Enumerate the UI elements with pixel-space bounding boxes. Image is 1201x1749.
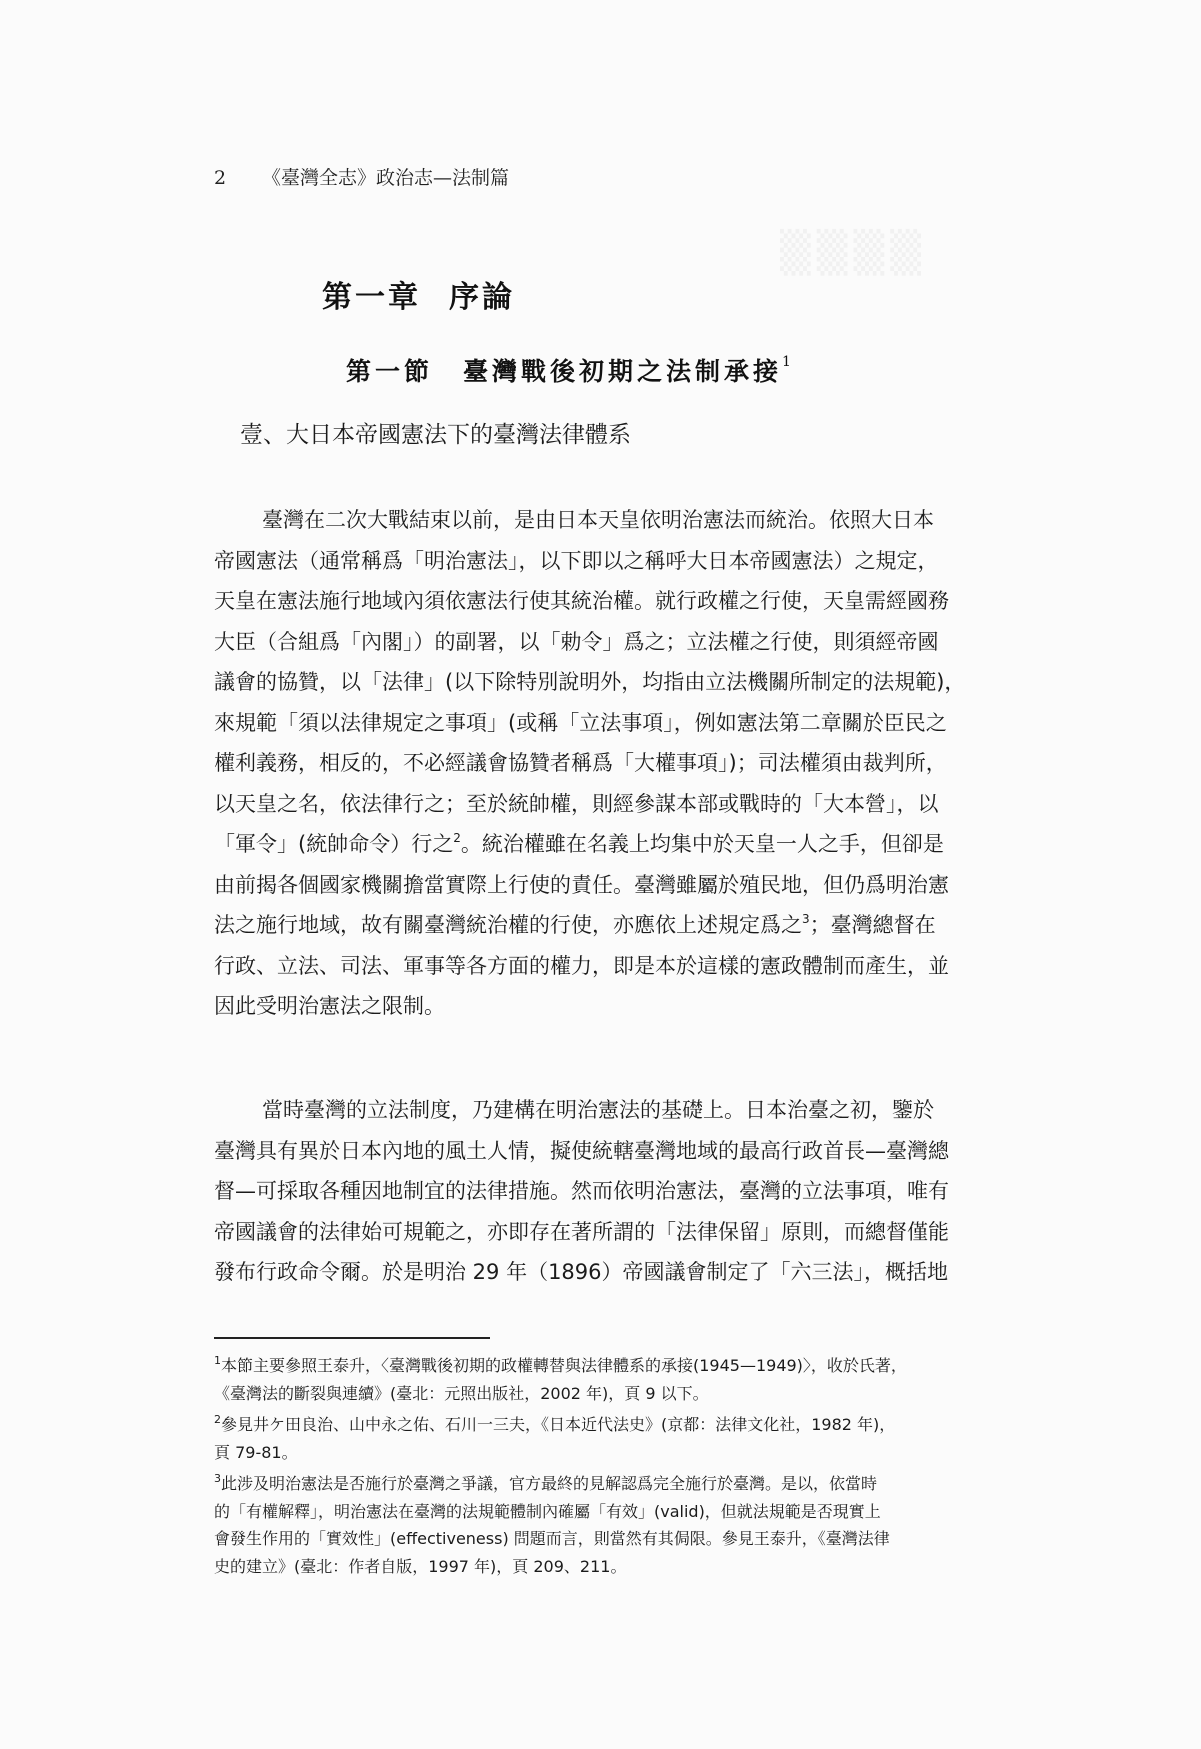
text-line: 因此受明治憲法之限制。 [214, 986, 1014, 1027]
footnote-line: 會發生作用的「實效性」(effectiveness) 問題而言，則當然有其侷限。… [214, 1525, 1014, 1553]
footnote-line: 的「有權解釋」，明治憲法在臺灣的法規範體制內確屬「有效」(valid)，但就法規… [214, 1498, 1014, 1526]
paragraph-2: 當時臺灣的立法制度，乃建構在明治憲法的基礎上。日本治臺之初，鑒於 臺灣具有異於日… [214, 1090, 1014, 1293]
text-line: 臺灣具有異於日本內地的風土人情，擬使統轄臺灣地域的最高行政首長—臺灣總 [214, 1131, 1014, 1172]
footnotes: 1本節主要參照王泰升，〈臺灣戰後初期的政權轉替與法律體系的承接(1945—194… [214, 1352, 1014, 1584]
text-line: 天皇在憲法施行地域內須依憲法行使其統治權。就行政權之行使，天皇需經國務 [214, 581, 1014, 622]
text-line: 行政、立法、司法、軍事等各方面的權力，即是本於這樣的憲政體制而產生，並 [214, 946, 1014, 987]
chapter-title: 序論 [449, 280, 515, 315]
text-segment: 。統治權雖在名義上均集中於天皇一人之手，但卻是 [461, 832, 944, 856]
text-line: 權利義務，相反的，不必經議會協贊者稱爲「大權事項」)；司法權須由裁判所， [214, 743, 1014, 784]
running-head: 2《臺灣全志》政治志—法制篇 [214, 166, 509, 190]
footnote-ref-3[interactable]: 3 [802, 912, 810, 926]
text-line: 「軍令」(統帥命令）行之2。統治權雖在名義上均集中於天皇一人之手，但卻是 [214, 824, 1014, 865]
text-segment: 此涉及明治憲法是否施行於臺灣之爭議，官方最終的見解認爲完全施行於臺灣。是以，依當… [221, 1474, 877, 1493]
text-segment: 參見井ケ田良治、山中永之佑、石川一三夫，《日本近代法史》(京都：法律文化社，19… [221, 1415, 895, 1434]
footnote-1: 1本節主要參照王泰升，〈臺灣戰後初期的政權轉替與法律體系的承接(1945—194… [214, 1352, 1014, 1407]
footnote-number: 2 [214, 1413, 221, 1426]
footnote-line: 2參見井ケ田良治、山中永之佑、石川一三夫，《日本近代法史》(京都：法律文化社，1… [214, 1411, 1014, 1439]
section-heading: 第一節臺灣戰後初期之法制承接1 [346, 345, 791, 389]
footnote-divider [214, 1337, 490, 1339]
footnote-2: 2參見井ケ田良治、山中永之佑、石川一三夫，《日本近代法史》(京都：法律文化社，1… [214, 1411, 1014, 1466]
footnote-3: 3此涉及明治憲法是否施行於臺灣之爭議，官方最終的見解認爲完全施行於臺灣。是以，依… [214, 1470, 1014, 1580]
text-line: 由前揭各個國家機關擔當實際上行使的責任。臺灣雖屬於殖民地，但仍爲明治憲 [214, 865, 1014, 906]
text-segment: 本節主要參照王泰升，〈臺灣戰後初期的政權轉替與法律體系的承接(1945—1949… [221, 1356, 907, 1375]
text-line: 法之施行地域，故有關臺灣統治權的行使，亦應依上述規定爲之3；臺灣總督在 [214, 905, 1014, 946]
section-number: 第一節 [346, 357, 433, 386]
paragraph-1: 臺灣在二次大戰結束以前，是由日本天皇依明治憲法而統治。依照大日本 帝國憲法（通常… [214, 500, 1014, 1027]
footnote-line: 史的建立》(臺北：作者自版，1997 年)，頁 209、211。 [214, 1553, 1014, 1581]
text-segment: ；臺灣總督在 [810, 913, 936, 937]
footnote-ref-1[interactable]: 1 [782, 354, 791, 370]
text-line: 督—可採取各種因地制宜的法律措施。然而依明治憲法，臺灣的立法事項，唯有 [214, 1171, 1014, 1212]
text-line: 帝國議會的法律始可規範之，亦即存在著所謂的「法律保留」原則，而總督僅能 [214, 1212, 1014, 1253]
show-through-artifact: ▒▒▒▒ [780, 230, 927, 276]
subsection-heading: 壹、大日本帝國憲法下的臺灣法律體系 [240, 420, 631, 450]
text-line: 當時臺灣的立法制度，乃建構在明治憲法的基礎上。日本治臺之初，鑒於 [214, 1090, 1014, 1131]
footnote-line: 《臺灣法的斷裂與連續》(臺北：元照出版社，2002 年)，頁 9 以下。 [214, 1380, 1014, 1408]
text-line: 大臣（合組爲「內閣」）的副署，以「勅令」爲之；立法權之行使，則須經帝國 [214, 622, 1014, 663]
text-line: 臺灣在二次大戰結束以前，是由日本天皇依明治憲法而統治。依照大日本 [214, 500, 1014, 541]
text-line: 以天皇之名，依法律行之；至於統帥權，則經參謀本部或戰時的「大本營」，以 [214, 784, 1014, 825]
text-line: 發布行政命令爾。於是明治 29 年（1896）帝國議會制定了「六三法」，概括地 [214, 1252, 1014, 1293]
footnote-line: 1本節主要參照王泰升，〈臺灣戰後初期的政權轉替與法律體系的承接(1945—194… [214, 1352, 1014, 1380]
text-line: 議會的協贊，以「法律」(以下除特別說明外，均指由立法機關所制定的法規範)， [214, 662, 1014, 703]
book-page: ▒▒▒▒ 2《臺灣全志》政治志—法制篇 第一章序論 第一節臺灣戰後初期之法制承接… [0, 0, 1201, 1749]
footnote-line: 頁 79-81。 [214, 1439, 1014, 1467]
book-title: 《臺灣全志》政治志—法制篇 [262, 167, 509, 189]
text-segment: 法之施行地域，故有關臺灣統治權的行使，亦應依上述規定爲之 [214, 913, 802, 937]
section-title: 臺灣戰後初期之法制承接 [463, 357, 782, 386]
footnote-number: 3 [214, 1472, 221, 1485]
footnote-line: 3此涉及明治憲法是否施行於臺灣之爭議，官方最終的見解認爲完全施行於臺灣。是以，依… [214, 1470, 1014, 1498]
chapter-heading: 第一章序論 [322, 278, 515, 318]
page-number: 2 [214, 166, 254, 190]
chapter-number: 第一章 [322, 280, 421, 315]
text-segment: 「軍令」(統帥命令）行之 [214, 832, 453, 856]
footnote-ref-2[interactable]: 2 [453, 831, 461, 845]
text-line: 來規範「須以法律規定之事項」(或稱「立法事項」，例如憲法第二章關於臣民之 [214, 703, 1014, 744]
text-line: 帝國憲法（通常稱爲「明治憲法」，以下即以之稱呼大日本帝國憲法）之規定， [214, 541, 1014, 582]
footnote-number: 1 [214, 1354, 221, 1367]
